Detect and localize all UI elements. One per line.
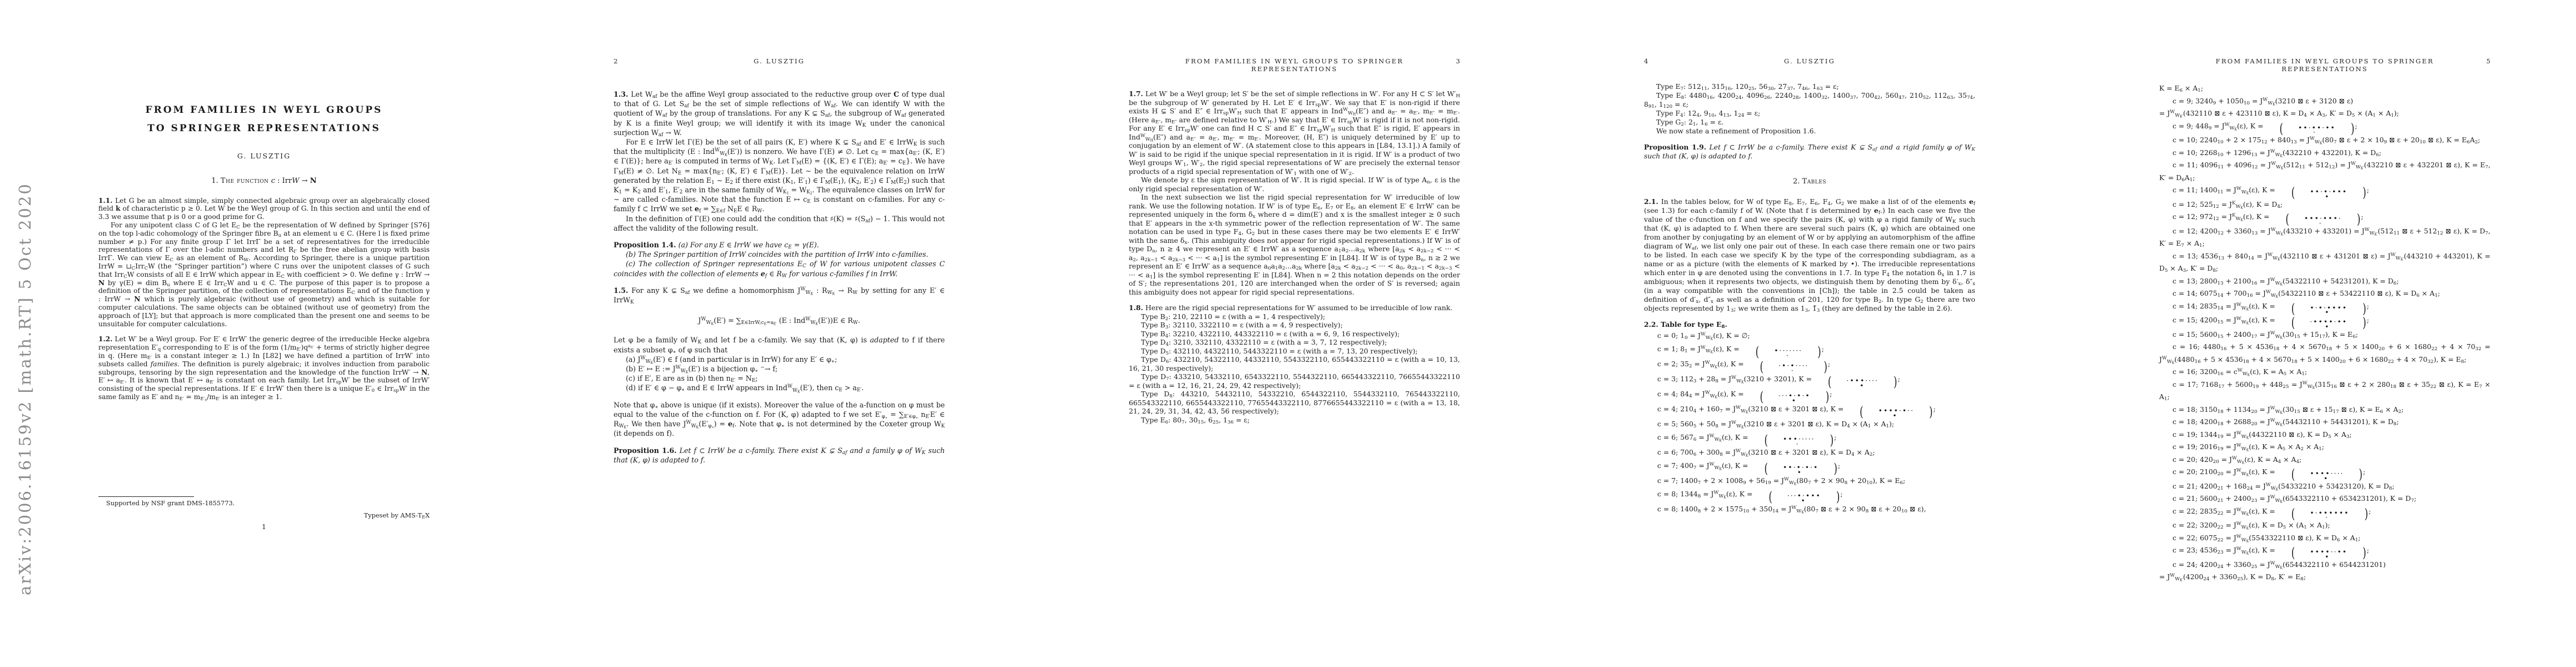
- table-entry: c = 0; 10 = JWWK(ε), K = ∅;: [1644, 329, 1975, 342]
- page-5: FROM FAMILIES IN WEYL GROUPS TO SPRINGER…: [2061, 0, 2576, 667]
- table-entry: c = 18; 315018 + 113420 = JWWK(3015 ⊠ ε …: [2159, 404, 2490, 416]
- dynkin-diagram: (•·••••••·): [2278, 507, 2369, 520]
- running-head: FROM FAMILIES IN WEYL GROUPS TO SPRINGER…: [2159, 57, 2490, 73]
- table-entry: c = 14; 283514 = JWWK(ε), K = (•·•·•••••…: [2159, 300, 2490, 315]
- paragraph: Let φ be a family of WK and let f be a c…: [614, 335, 945, 354]
- type-list-item: Type D4: 3210, 332110, 43322110 = ε (wit…: [1129, 338, 1460, 347]
- arxiv-watermark: arXiv:2006.16159v2 [math.RT] 5 Oct 2020: [16, 131, 34, 648]
- paragraph: (c) The collection of Springer represent…: [614, 259, 945, 278]
- table-entry: c = 9; 32409 + 105010 = JWWK(3210 ⊠ ε + …: [2159, 95, 2490, 108]
- table-entry: c = 8; 14008 + 2 × 157510 + 35014 = JWWK…: [1644, 502, 1975, 516]
- table-entry: c = 7; 14007 + 2 × 10089 + 5619 = JWWK(8…: [1644, 474, 1975, 487]
- running-head: 2 G. LUSZTIG: [614, 57, 945, 65]
- page-5-content: K = E6 × A1;c = 9; 32409 + 105010 = JWWK…: [2159, 82, 2490, 584]
- type-list-item: Type E6: 807, 3015, 625, 136 = ε;: [1129, 416, 1460, 425]
- table-entry: c = 1; 81 = JWWK(ε), K = (•········);: [1644, 342, 1975, 357]
- table-entry: c = 17; 716817 + 560019 + 44825 = JWWK(3…: [2159, 379, 2490, 404]
- table-entry: c = 9; 4489 = JWWK(ε), K = (••·••·••·);: [2159, 120, 2490, 135]
- table-entry: c = 10; 226810 + 129613 = JWWK(432210 + …: [2159, 147, 2490, 160]
- page-4-content: Type E7: 51211, 31516, 12025, 5630, 2737…: [1644, 82, 1975, 516]
- running-head-title: G. LUSZTIG: [636, 57, 923, 65]
- dynkin-diagram: (•········): [1742, 344, 1822, 357]
- table-entry: c = 22; 607522 = JWWK(5543322110 ⊠ ε), K…: [2159, 532, 2490, 545]
- table-entry: c = 19; 134419 = JWWK(44322110 ⊠ ε), K =…: [2159, 429, 2490, 441]
- list-item: (d) if E′ ∈ φ − φ∗ and E ∈ IrrW appears …: [614, 383, 945, 392]
- table-entry: c = 12; 420012 + 336013 = JWWK(433210 + …: [2159, 225, 2490, 250]
- paper-title-line: TO SPRINGER REPRESENTATIONS: [98, 120, 430, 138]
- section-heading: 1. The function c : IrrW → N: [98, 177, 430, 186]
- page-3-content: 1.7. Let W′ be a Weyl group; let S′ be t…: [1129, 82, 1460, 424]
- dynkin-diagram: (•·•·•••••): [2278, 302, 2367, 315]
- page-4: 4 G. LUSZTIG Type E7: 51211, 31516, 1202…: [1546, 0, 2061, 667]
- table-entry: c = 6; 7006 + 3008 = JWWK(3210 ⊠ ε + 320…: [1644, 446, 1975, 459]
- paragraph: 2.1. In the tables below, for W of type …: [1644, 197, 1975, 313]
- list-item: (c) if E′, E are as in (b) then nE′ = NE…: [614, 374, 945, 383]
- table-entry: c = 16; 320016 = cWWK(ε), K = A5 × A1;: [2159, 366, 2490, 379]
- table-entry: c = 18; 420018 + 268820 = JWWK(54432110 …: [2159, 416, 2490, 429]
- running-head-page-number: 3: [1438, 57, 1460, 65]
- paragraph: 1.1. Let G be an almost simple, simply c…: [98, 197, 430, 221]
- page-1: arXiv:2006.16159v2 [math.RT] 5 Oct 2020 …: [0, 0, 515, 667]
- type-list-item: Type B3: 32110, 3322110 = ε (with a = 4,…: [1129, 321, 1460, 330]
- paragraph: (b) The Springer partition of IrrW coinc…: [614, 250, 945, 259]
- dynkin-diagram: (···•·••••): [1755, 489, 1840, 502]
- display-equation: JWWK(E′) = ∑E∈IrrW;cE=aE′ (E : IndWWK(E′…: [614, 316, 945, 325]
- table-entry: c = 14; 607514 + 70016 = JWWK(54322110 ⊠…: [2159, 287, 2490, 300]
- proposition: Proposition 1.6. Let f ⊂ IrrW be a c-fam…: [614, 446, 945, 465]
- page-3: FROM FAMILIES IN WEYL GROUPS TO SPRINGER…: [1030, 0, 1546, 667]
- page-2-content: 1.3. Let Waf be the affine Weyl group as…: [614, 82, 945, 465]
- footnote-text: Supported by NSF grant DMS-1855773.: [98, 497, 430, 507]
- paragraph: 1.8. Here are the rigid special represen…: [1129, 303, 1460, 312]
- dynkin-diagram: (••••··•••): [2278, 546, 2367, 559]
- table-entry: c = 10; 224010 + 2 × 17512 + 84013 = JWW…: [2159, 134, 2490, 147]
- dynkin-diagram: (·•••····•): [1814, 374, 1898, 387]
- paragraph: 1.2. Let W′ be a Weyl group. For E′ ∈ Ir…: [98, 335, 430, 401]
- table-entry: c = 15; 420015 = JWWK(ε), K = (·••••·•••…: [2159, 314, 2490, 328]
- table-entry: c = 11; 140011 = JWWK(ε), K = (••·•·••••…: [2159, 184, 2490, 198]
- type-list-item: Type E7: 51211, 31516, 12025, 5630, 2737…: [1644, 82, 1975, 91]
- table-entry: c = 13; 453613 + 84014 = JWWK(432110 ⊠ ε…: [2159, 250, 2490, 275]
- paper-title-line: FROM FAMILIES IN WEYL GROUPS: [98, 101, 430, 120]
- document-canvas: arXiv:2006.16159v2 [math.RT] 5 Oct 2020 …: [0, 0, 2576, 667]
- section-heading: 2. Tables: [1644, 177, 1975, 186]
- dynkin-diagram: (••·•·••••): [2278, 186, 2367, 198]
- type-list-item: Type F4: 124, 910, 413, 124 = ε;: [1644, 109, 1975, 118]
- type-list-item: Type D7: 433210, 54332110, 6543322110, 5…: [1129, 372, 1460, 390]
- running-head-page-number: 4: [1644, 57, 1666, 65]
- paragraph: 1.3. Let Waf be the affine Weyl group as…: [614, 89, 945, 137]
- page-1-footer: Supported by NSF grant DMS-1855773. Type…: [98, 496, 430, 531]
- table-entry: c = 6; 5676 = JWWK(ε), K = (•••······);: [1644, 431, 1975, 446]
- type-list-item: Type B2: 210, 22110 = ε (with a = 1, 4 r…: [1129, 312, 1460, 321]
- dynkin-diagram: (••·•·•·••): [1750, 461, 1837, 474]
- type-list-item: Type B4: 32210, 4322110, 443322110 = ε (…: [1129, 330, 1460, 339]
- type-list-item: Type G2: 21, 16 = ε.: [1644, 118, 1975, 127]
- table-entry: c = 21; 560021 + 240023 = JWWK(654332211…: [2159, 492, 2490, 505]
- running-head-title: FROM FAMILIES IN WEYL GROUPS TO SPRINGER…: [2181, 57, 2468, 73]
- table-entry: c = 19; 201619 = JWWK(ε), K = A5 × A2 × …: [2159, 441, 2490, 454]
- table-entry: c = 7; 4007 = JWWK(ε), K = (••·•·•·••);: [1644, 459, 1975, 474]
- paragraph: In the definition of Γ(E) one could add …: [614, 214, 945, 233]
- dynkin-diagram: (•••······): [1750, 432, 1834, 446]
- table-entry: c = 11; 409611 + 409612 = JWWK(51211 + 5…: [2159, 159, 2490, 184]
- paragraph: For E ∈ IrrW let Γ(E) be the set of all …: [614, 137, 945, 214]
- list-item: (a) JWWK(E′) ∈ f (and in particular is i…: [614, 355, 945, 364]
- running-head-title: FROM FAMILIES IN WEYL GROUPS TO SPRINGER…: [1151, 57, 1438, 73]
- type-list-item: Type D6: 432210, 54322110, 44332110, 554…: [1129, 355, 1460, 372]
- table-entry-continuation: = JWWK′(432110 ⊠ ε + 423110 ⊠ ε), K = D4…: [2159, 107, 2490, 120]
- table-entry: c = 20; 210020 = JWWK(ε), K = (••••····•…: [2159, 466, 2490, 480]
- table-entry: c = 16; 448016 + 5 × 453618 + 4 × 567018…: [2159, 341, 2490, 366]
- paragraph: In the next subsection we list the rigid…: [1129, 193, 1460, 296]
- dynkin-diagram: (••••····•): [2278, 467, 2363, 480]
- paragraph: For any unipotent class C of G let EC be…: [98, 221, 430, 328]
- table-entry: c = 8; 13448 = JWWK(ε), K = (···•·••••);: [1644, 487, 1975, 502]
- proposition: Proposition 1.9. Let f ⊂ IrrW be a c-fam…: [1644, 143, 1975, 161]
- dynkin-diagram: (···•·•·••): [1746, 389, 1830, 402]
- type-list-item: Type E8: 448016, 420024, 409626, 224028,…: [1644, 91, 1975, 109]
- table-entry-continuation: = JWWK′(420024 + 336025), K = D8, K′ = E…: [2159, 571, 2490, 584]
- list-item: (b) E′ ↦ E := JWWK(E′) is a bijection φ∗…: [614, 364, 945, 374]
- page-2: 2 G. LUSZTIG 1.3. Let Waf be the affine …: [515, 0, 1030, 667]
- table-entry: c = 20; 42020 = JWWK(ε), K = A4 × A4;: [2159, 454, 2490, 466]
- running-head: FROM FAMILIES IN WEYL GROUPS TO SPRINGER…: [1129, 57, 1460, 73]
- table-entry: c = 12; 97212 = JKWK(ε), K = (•••·•••··)…: [2159, 211, 2490, 225]
- table-entry-continuation: K = E6 × A1;: [2159, 82, 2490, 95]
- table-entry: c = 13; 280013 + 210016 = JWWK(54322110 …: [2159, 275, 2490, 288]
- dynkin-diagram: (••••·•··•): [1846, 404, 1933, 417]
- table-entry: c = 22; 283522 = JWWK(ε), K = (•·••••••·…: [2159, 505, 2490, 520]
- table-entry: c = 4; 2104 + 1607 = JWWK(3210 ⊠ ε + 320…: [1644, 402, 1975, 417]
- dynkin-diagram: (••·••·••·): [2265, 122, 2355, 135]
- paragraph: Note that φ∗ above is unique (if it exis…: [614, 400, 945, 439]
- typeset-credit: Typeset by AMS-TEX: [98, 512, 430, 519]
- paragraph: 1.7. Let W′ be a Weyl group; let S′ be t…: [1129, 89, 1460, 176]
- paragraph: 1.5. For any K ⊊ Saf we define a homomor…: [614, 286, 945, 305]
- dynkin-diagram: (·••••·•••): [2278, 316, 2367, 328]
- table-entry: c = 2; 352 = JWWK(ε), K = (·•·•·····);: [1644, 357, 1975, 372]
- running-head: 4 G. LUSZTIG: [1644, 57, 1975, 65]
- page-1-content: FROM FAMILIES IN WEYL GROUPSTO SPRINGER …: [98, 101, 430, 401]
- dynkin-diagram: (•••·•••··): [2271, 212, 2361, 225]
- table-entry: c = 4; 844 = JWWK(ε), K = (···•·•·••);: [1644, 387, 1975, 402]
- paragraph: We now state a refinement of Proposition…: [1644, 127, 1975, 136]
- page-number: 1: [98, 523, 430, 531]
- proposition: Proposition 1.4. (a) For any E ∈ IrrW we…: [614, 240, 945, 250]
- running-head-page-number: 5: [2468, 57, 2490, 65]
- running-head-page-number: 2: [614, 57, 636, 65]
- table-subheading: 2.2. Table for type E8.: [1644, 320, 1975, 329]
- paragraph: We denote by ε the sign representation o…: [1129, 176, 1460, 193]
- author-name: G. LUSZTIG: [98, 152, 430, 161]
- dynkin-diagram: (·•·•·····): [1746, 359, 1828, 372]
- table-entry: c = 23; 453623 = JWWK(ε), K = (••••··•••…: [2159, 544, 2490, 559]
- running-head-title: G. LUSZTIG: [1666, 57, 1953, 65]
- type-list-item: Type D8: 443210, 54432110, 54332210, 654…: [1129, 390, 1460, 416]
- type-list-item: Type D5: 432110, 44322110, 5443322110 = …: [1129, 347, 1460, 356]
